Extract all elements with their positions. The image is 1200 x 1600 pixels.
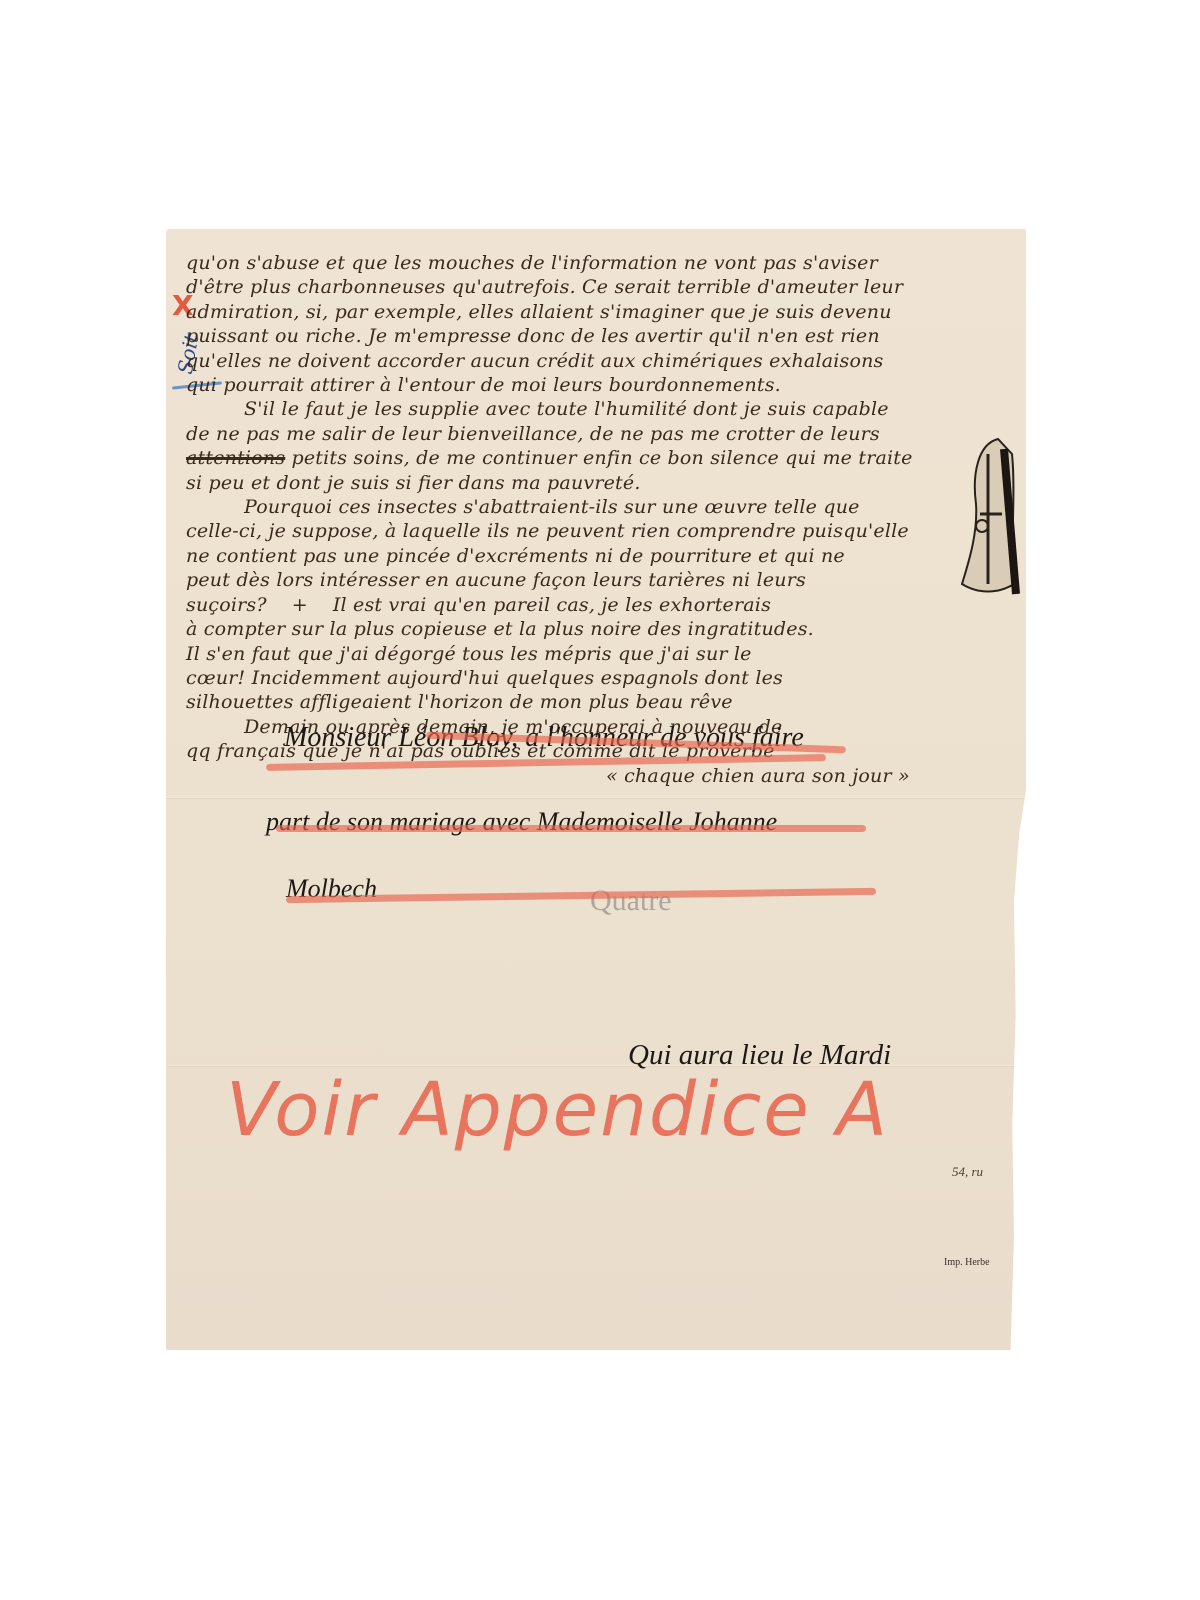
faint-printed-word: Quatre [590, 884, 672, 918]
handwritten-line: admiration, si, par exemple, elles allai… [186, 300, 1006, 324]
handwritten-line: qui pourrait attirer à l'entour de moi l… [186, 373, 1006, 397]
paper-fold [166, 797, 1026, 799]
handwritten-line: petits soins, de me continuer enfin ce b… [291, 447, 912, 469]
handwritten-line: ne contient pas une pincée d'excréments … [186, 544, 1006, 568]
letter-sheet: X Soit qu'on s'abuse et que les mouches … [166, 229, 1026, 1350]
handwritten-line: qu'elles ne doivent accorder aucun crédi… [186, 349, 1006, 373]
ornamental-monogram-icon [958, 434, 1020, 609]
printer-imprint: Imp. Herbe [944, 1257, 990, 1268]
handwritten-line: Il est vrai qu'en pareil cas, je les exh… [333, 594, 771, 616]
printed-announcement-line: part de son mariage avec Mademoiselle Jo… [266, 807, 777, 837]
handwritten-line: Il s'en faut que j'ai dégorgé tous les m… [186, 642, 1006, 666]
handwritten-line: puissant ou riche. Je m'empresse donc de… [186, 324, 1006, 348]
handwritten-line: suçoirs? [186, 594, 267, 616]
red-crayon-annotation: Voir Appendice A [226, 1067, 889, 1153]
printed-address-fragment: 54, ru [952, 1164, 983, 1180]
handwritten-line: à compter sur la plus copieuse et la plu… [186, 617, 1006, 641]
struck-word: attentions [186, 447, 285, 469]
handwritten-line: Pourquoi ces insectes s'abattraient-ils … [186, 495, 1006, 519]
handwritten-line: qu'on s'abuse et que les mouches de l'in… [186, 251, 1006, 275]
handwritten-line: silhouettes affligeaient l'horizon de mo… [186, 690, 1006, 714]
handwritten-line: de ne pas me salir de leur bienveillance… [186, 422, 1006, 446]
handwritten-line: peut dès lors intéresser en aucune façon… [186, 568, 1006, 592]
handwritten-line: si peu et dont je suis si fier dans ma p… [186, 471, 1006, 495]
handwritten-text: qu'on s'abuse et que les mouches de l'in… [186, 251, 1006, 788]
handwritten-line: celle-ci, je suppose, à laquelle ils ne … [186, 519, 1006, 543]
handwritten-line: d'être plus charbonneuses qu'autrefois. … [186, 275, 1006, 299]
handwritten-line: cœur! Incidemment aujourd'hui quelques e… [186, 666, 1006, 690]
handwritten-line: S'il le faut je les supplie avec toute l… [186, 397, 1006, 421]
red-crayon-strikethrough [276, 825, 866, 832]
